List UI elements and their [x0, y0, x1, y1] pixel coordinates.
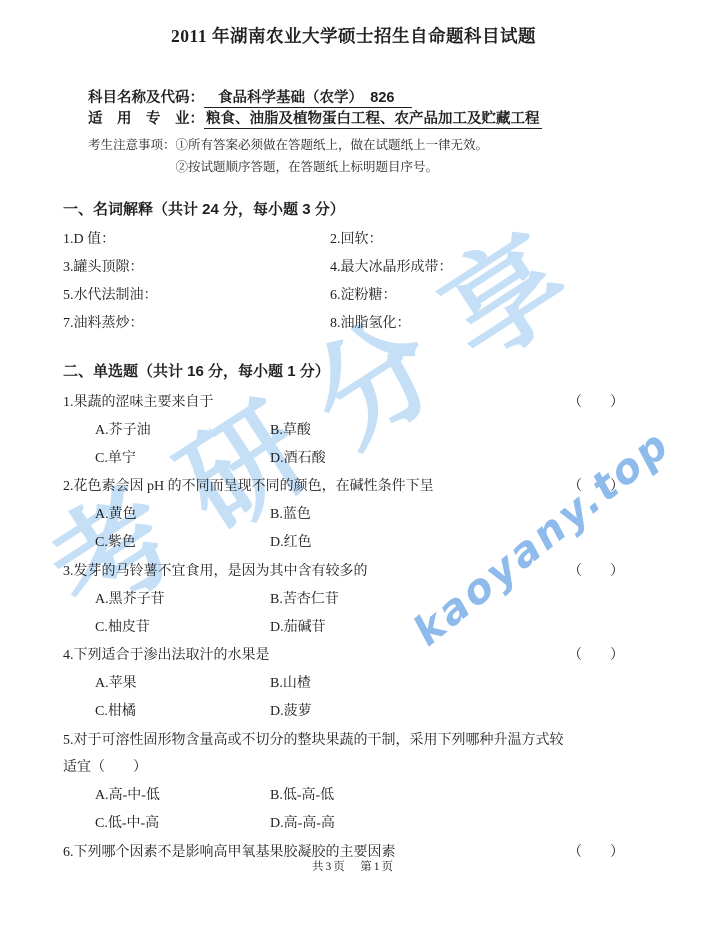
subject-line: 科目名称及代码：食品科学基础（农学） 826 [88, 88, 707, 109]
notice-line-2: ②按试题顺序答题，在答题纸上标明题目序号。 [176, 156, 489, 178]
option-5b: B.低-高-低 [270, 782, 707, 810]
question-3-options-cd: C.柚皮苷 D.茄碱苷 [95, 614, 707, 642]
option-2c: C.紫色 [95, 529, 270, 557]
questions-area: 1.果蔬的涩味主要来自于 （ ） A.芥子油 B.草酸 C.单宁 D.酒石酸 2… [0, 389, 707, 867]
option-5c: C.低-中-高 [95, 810, 270, 838]
option-3a: A.黑芥子苷 [95, 586, 270, 614]
option-3c: C.柚皮苷 [95, 614, 270, 642]
question-3: 3.发芽的马铃薯不宜食用，是因为其中含有较多的 （ ） [63, 558, 640, 586]
question-1: 1.果蔬的涩味主要来自于 （ ） [63, 389, 640, 417]
question-4-answer-bracket: （ ） [568, 642, 624, 670]
notice-label: 考生注意事项： [88, 134, 176, 178]
question-3-answer-bracket: （ ） [568, 558, 624, 586]
term-3: 3.罐头顶隙： [63, 254, 330, 282]
option-4d: D.菠萝 [270, 698, 707, 726]
term-8: 8.油脂氢化： [330, 310, 707, 338]
question-2-text: 2.花色素会因 pH 的不同而呈现不同的颜色，在碱性条件下呈 [63, 479, 434, 494]
question-4-text: 4.下列适合于渗出法取汁的水果是 [63, 648, 270, 663]
option-2b: B.蓝色 [270, 501, 707, 529]
option-4c: C.柑橘 [95, 698, 270, 726]
question-2-options-cd: C.紫色 D.红色 [95, 529, 707, 557]
question-5-text: 5.对于可溶性固形物含量高或不切分的整块果蔬的干制，采用下列哪种升温方式较适宜（… [63, 726, 575, 781]
notice-line-1: ①所有答案必须做在答题纸上，做在试题纸上一律无效。 [176, 134, 489, 156]
option-5d: D.高-高-高 [270, 810, 707, 838]
terms-grid: 1.D 值： 2.回软： 3.罐头顶隙： 4.最大冰晶形成带： 5.水代法制油：… [63, 226, 707, 338]
option-5a: A.高-中-低 [95, 782, 270, 810]
question-1-answer-bracket: （ ） [568, 389, 624, 417]
question-4-options-cd: C.柑橘 D.菠萝 [95, 698, 707, 726]
exam-header: 科目名称及代码：食品科学基础（农学） 826 适 用 专 业：粮食、油脂及植物蛋… [88, 88, 707, 130]
question-4: 4.下列适合于渗出法取汁的水果是 （ ） [63, 642, 640, 670]
subject-value: 食品科学基础（农学） 826 [204, 90, 412, 108]
candidate-notice: 考生注意事项： ①所有答案必须做在答题纸上，做在试题纸上一律无效。 ②按试题顺序… [88, 134, 707, 178]
option-3d: D.茄碱苷 [270, 614, 707, 642]
option-1a: A.芥子油 [95, 417, 270, 445]
question-4-options-ab: A.苹果 B.山楂 [95, 670, 707, 698]
option-1d: D.酒石酸 [270, 445, 707, 473]
question-3-text: 3.发芽的马铃薯不宜食用，是因为其中含有较多的 [63, 564, 368, 579]
term-2: 2.回软： [330, 226, 707, 254]
question-3-options-ab: A.黑芥子苷 B.苦杏仁苷 [95, 586, 707, 614]
subject-label: 科目名称及代码： [88, 90, 204, 106]
section2-heading: 二、单选题（共计 16 分，每小题 1 分） [63, 362, 707, 382]
question-2-answer-bracket: （ ） [568, 473, 624, 501]
page-number-footer: 共3页 第1页 [0, 858, 707, 874]
exam-paper-page: 考研分享 kaoyany.top 2011 年湖南农业大学硕士招生自命题科目试题… [0, 0, 707, 937]
term-4: 4.最大冰晶形成带： [330, 254, 707, 282]
major-line: 适 用 专 业：粮食、油脂及植物蛋白工程、农产品加工及贮藏工程 [88, 109, 707, 130]
page-title: 2011 年湖南农业大学硕士招生自命题科目试题 [0, 0, 707, 48]
term-1: 1.D 值： [63, 226, 330, 254]
question-2-options-ab: A.黄色 B.蓝色 [95, 501, 707, 529]
option-4a: A.苹果 [95, 670, 270, 698]
section1-heading: 一、名词解释（共计 24 分，每小题 3 分） [63, 200, 707, 220]
term-7: 7.油料蒸炒： [63, 310, 330, 338]
term-6: 6.淀粉糖： [330, 282, 707, 310]
question-2: 2.花色素会因 pH 的不同而呈现不同的颜色，在碱性条件下呈 （ ） [63, 473, 640, 501]
option-1b: B.草酸 [270, 417, 707, 445]
question-5: 5.对于可溶性固形物含量高或不切分的整块果蔬的干制，采用下列哪种升温方式较适宜（… [63, 726, 640, 782]
option-2d: D.红色 [270, 529, 707, 557]
term-5: 5.水代法制油： [63, 282, 330, 310]
question-1-text: 1.果蔬的涩味主要来自于 [63, 395, 214, 410]
option-4b: B.山楂 [270, 670, 707, 698]
question-1-options-ab: A.芥子油 B.草酸 [95, 417, 707, 445]
question-5-options-ab: A.高-中-低 B.低-高-低 [95, 782, 707, 810]
option-3b: B.苦杏仁苷 [270, 586, 707, 614]
question-1-options-cd: C.单宁 D.酒石酸 [95, 445, 707, 473]
option-1c: C.单宁 [95, 445, 270, 473]
major-value: 粮食、油脂及植物蛋白工程、农产品加工及贮藏工程 [204, 111, 542, 129]
option-2a: A.黄色 [95, 501, 270, 529]
major-label: 适 用 专 业： [88, 111, 204, 127]
question-5-options-cd: C.低-中-高 D.高-高-高 [95, 810, 707, 838]
